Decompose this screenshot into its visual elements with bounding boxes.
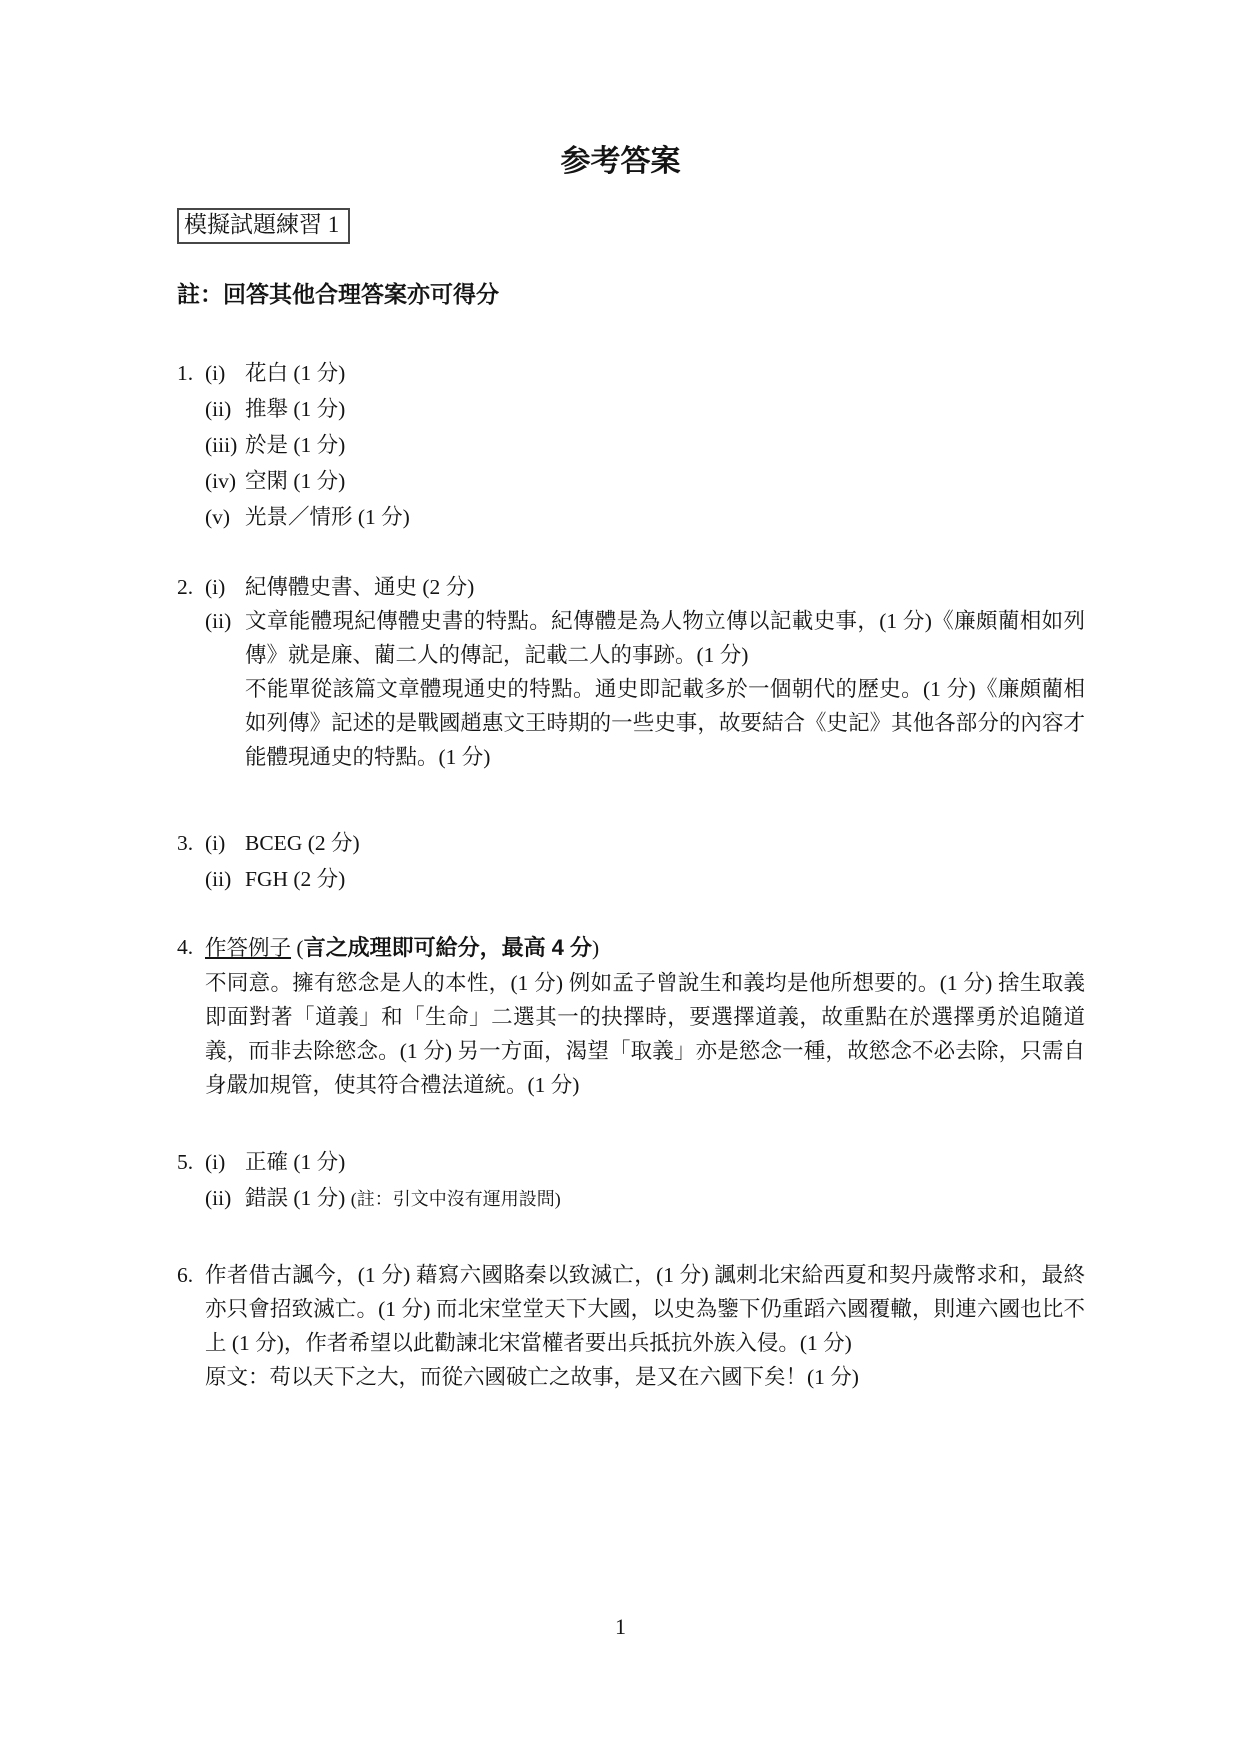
answer-text: 空閑 (1 分): [245, 463, 1085, 499]
roman-numeral: (ii): [205, 391, 245, 427]
roman-numeral: (ii): [205, 604, 245, 638]
question-number: 5.: [177, 1144, 205, 1180]
question-number: 3.: [177, 825, 205, 861]
answer-text: 紀傳體史書、通史 (2 分): [245, 570, 1085, 604]
answer-text: 花白 (1 分): [245, 355, 1085, 391]
answer-text: BCEG (2 分): [245, 825, 1085, 861]
sub-answer: (iii) 於是 (1 分): [205, 427, 1085, 463]
roman-numeral: (v): [205, 499, 245, 535]
answer-heading-underlined: 作答例子: [205, 936, 291, 960]
roman-numeral: (i): [205, 825, 245, 861]
question-5: 5. (i) 正確 (1 分) (ii) 錯誤 (1 分) (註：引文中沒有運用…: [177, 1144, 1085, 1217]
answer-text: 於是 (1 分): [245, 427, 1085, 463]
question-number: 6.: [177, 1258, 205, 1292]
question-number: 2.: [177, 570, 205, 604]
sub-answer: (ii) FGH (2 分): [205, 861, 1085, 897]
roman-numeral: (i): [205, 355, 245, 391]
sub-answer: (iv) 空閑 (1 分): [205, 463, 1085, 499]
question-2: 2. (i) 紀傳體史書、通史 (2 分) (ii) 文章能體現紀傳體史書的特點…: [177, 570, 1085, 774]
question-body: (i) BCEG (2 分) (ii) FGH (2 分): [205, 825, 1085, 897]
sub-answer: (i) BCEG (2 分): [205, 825, 1085, 861]
question-4: 4. 作答例子 (言之成理即可給分，最高 4 分) 不同意。擁有慾念是人的本性，…: [177, 930, 1085, 1102]
question-body: (i) 正確 (1 分) (ii) 錯誤 (1 分) (註：引文中沒有運用設問): [205, 1144, 1085, 1217]
answer-paragraph: 作者借古諷今，(1 分) 藉寫六國賂秦以致滅亡，(1 分) 諷刺北宋給西夏和契丹…: [205, 1258, 1085, 1360]
answer-paragraph: 不同意。擁有慾念是人的本性，(1 分) 例如孟子曾說生和義均是他所想要的。(1 …: [205, 966, 1085, 1102]
question-body: (i) 紀傳體史書、通史 (2 分) (ii) 文章能體現紀傳體史書的特點。紀傳…: [205, 570, 1085, 774]
answer-paragraph: 原文：苟以天下之大，而從六國破亡之故事，是又在六國下矣！(1 分): [205, 1360, 1085, 1394]
answer-text: FGH (2 分): [245, 861, 1085, 897]
question-body: 作答例子 (言之成理即可給分，最高 4 分) 不同意。擁有慾念是人的本性，(1 …: [205, 930, 1085, 1102]
answer-heading-bold: 言之成理即可給分，最高 4 分: [304, 935, 592, 960]
question-1: 1. (i) 花白 (1 分) (ii) 推舉 (1 分) (iii) 於是 (…: [177, 355, 1085, 535]
sub-answer: (v) 光景／情形 (1 分): [205, 499, 1085, 535]
question-body: (i) 花白 (1 分) (ii) 推舉 (1 分) (iii) 於是 (1 分…: [205, 355, 1085, 535]
practice-label: 模擬試題練習 1: [177, 208, 350, 244]
answer-heading: 作答例子 (言之成理即可給分，最高 4 分): [205, 930, 1085, 966]
document-title: 参考答案: [0, 142, 1241, 182]
roman-numeral: (ii): [205, 1180, 245, 1216]
question-3: 3. (i) BCEG (2 分) (ii) FGH (2 分): [177, 825, 1085, 897]
question-number: 4.: [177, 930, 205, 964]
page-number: 1: [0, 1612, 1241, 1642]
answer-text: 推舉 (1 分): [245, 391, 1085, 427]
sub-answer: (i) 紀傳體史書、通史 (2 分): [205, 570, 1085, 604]
answer-paragraph: 不能單從該篇文章體現通史的特點。通史即記載多於一個朝代的歷史。(1 分)《廉頗藺…: [245, 672, 1085, 774]
question-body: 作者借古諷今，(1 分) 藉寫六國賂秦以致滅亡，(1 分) 諷刺北宋給西夏和契丹…: [205, 1258, 1085, 1394]
roman-numeral: (ii): [205, 861, 245, 897]
roman-numeral: (i): [205, 1144, 245, 1180]
roman-numeral: (i): [205, 570, 245, 604]
sub-answer: (ii) 文章能體現紀傳體史書的特點。紀傳體是為人物立傳以記載史事，(1 分)《…: [205, 604, 1085, 774]
document-page: 参考答案 模擬試題練習 1 註：回答其他合理答案亦可得分 1. (i) 花白 (…: [0, 0, 1241, 1754]
score-note: (註：引文中沒有運用設問): [351, 1189, 561, 1209]
document-content: 模擬試題練習 1 註：回答其他合理答案亦可得分 1. (i) 花白 (1 分) …: [177, 182, 1085, 1394]
answer-text: 正確 (1 分): [245, 1144, 1085, 1180]
roman-numeral: (iv): [205, 463, 245, 499]
question-6: 6. 作者借古諷今，(1 分) 藉寫六國賂秦以致滅亡，(1 分) 諷刺北宋給西夏…: [177, 1258, 1085, 1394]
answer-heading-open-paren: (: [291, 936, 304, 960]
answer-text: 錯誤 (1 分) (註：引文中沒有運用設問): [245, 1180, 1085, 1217]
answer-paragraph: 文章能體現紀傳體史書的特點。紀傳體是為人物立傳以記載史事，(1 分)《廉頗藺相如…: [245, 604, 1085, 672]
answer-text: 光景／情形 (1 分): [245, 499, 1085, 535]
sub-answer: (ii) 推舉 (1 分): [205, 391, 1085, 427]
sub-answer: (i) 正確 (1 分): [205, 1144, 1085, 1180]
roman-numeral: (iii): [205, 427, 245, 463]
note-header: 註：回答其他合理答案亦可得分: [177, 280, 1085, 308]
sub-answer: (i) 花白 (1 分): [205, 355, 1085, 391]
question-number: 1.: [177, 355, 205, 391]
answer-text-main: 錯誤 (1 分): [245, 1186, 351, 1210]
sub-answer: (ii) 錯誤 (1 分) (註：引文中沒有運用設問): [205, 1180, 1085, 1217]
answer-heading-close-paren: ): [592, 936, 599, 960]
answer-text-block: 文章能體現紀傳體史書的特點。紀傳體是為人物立傳以記載史事，(1 分)《廉頗藺相如…: [245, 604, 1085, 774]
